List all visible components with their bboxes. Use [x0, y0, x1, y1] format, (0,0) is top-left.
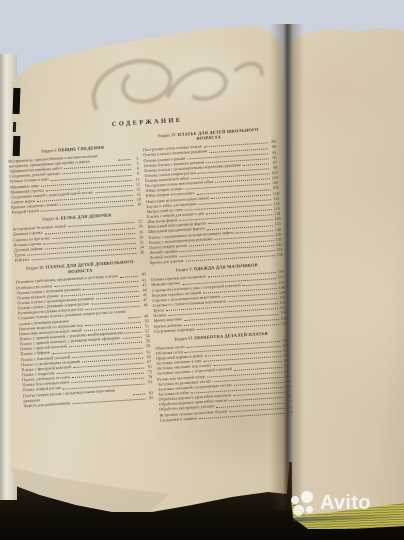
black-print-mark: [13, 88, 21, 114]
avito-logo-icon: [291, 491, 317, 516]
avito-watermark: Avito: [291, 491, 371, 516]
toc-column-left: Раздел I. ОБЩИЕ СВЕДЕНИЯИнструменты, при…: [7, 131, 155, 431]
table-of-contents: СОДЕРЖАНИЕ Раздел I. ОБЩИЕ СВЕДЕНИЯИнстр…: [6, 111, 296, 479]
toc-column-right: Раздел IV. ПЛАТЬЕ ДЛЯ ДЕТЕЙ ШКОЛЬНОГО ВО…: [142, 122, 293, 423]
toc-columns: Раздел I. ОБЩИЕ СВЕДЕНИЯИнструменты, при…: [7, 122, 293, 431]
avito-wordmark: Avito: [320, 491, 371, 516]
book-photo: СОДЕРЖАНИЕ Раздел I. ОБЩИЕ СВЕДЕНИЯИнстр…: [0, 0, 404, 540]
